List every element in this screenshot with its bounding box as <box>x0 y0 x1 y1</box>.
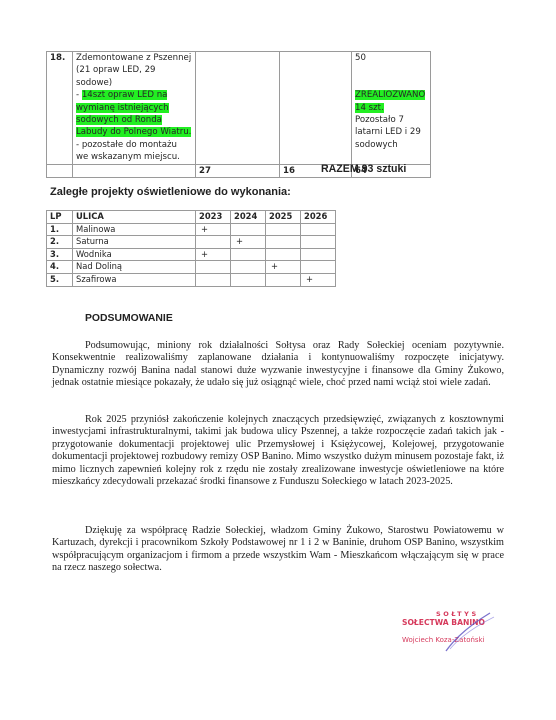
description-highlight: 14szt opraw LED na wymianę istniejących … <box>76 90 191 137</box>
row-col4 <box>280 52 352 165</box>
signature-stamp: SOŁTYS SOŁECTWA BANINO Wojciech Koza-Zat… <box>398 607 508 657</box>
row-2024 <box>231 261 266 274</box>
row-street: Wodnika <box>73 248 196 261</box>
row-2023 <box>196 236 231 249</box>
pending-table: LP ULICA 2023 2024 2025 2026 1. Malinowa… <box>46 210 336 287</box>
row-street: Szafirowa <box>73 273 196 286</box>
row-2025 <box>266 223 301 236</box>
table-row: 1. Malinowa + <box>47 223 336 236</box>
status-rest: Pozostało 7 latarni LED i 29 sodowych <box>355 115 421 150</box>
row-lp: 1. <box>47 223 73 236</box>
status-highlight: ZREALIOZWANO 14 szt. <box>355 90 425 112</box>
row-2024 <box>231 248 266 261</box>
header-2025: 2025 <box>266 211 301 224</box>
row-2023: + <box>196 223 231 236</box>
row-street: Nad Doliną <box>73 261 196 274</box>
row-2025 <box>266 273 301 286</box>
row-description: Zdemontowane z Pszennej (21 opraw LED, 2… <box>73 52 196 165</box>
table-row: 3. Wodnika + <box>47 248 336 261</box>
header-2023: 2023 <box>196 211 231 224</box>
summary-heading: PODSUMOWANIE <box>85 313 173 324</box>
row-2026: + <box>301 273 336 286</box>
header-street: ULICA <box>73 211 196 224</box>
totals-desc <box>73 164 196 177</box>
row-col3 <box>196 52 280 165</box>
row-lp: 5. <box>47 273 73 286</box>
description-intro: Zdemontowane z Pszennej (21 opraw LED, 2… <box>76 53 191 88</box>
row-2025 <box>266 236 301 249</box>
header-2024: 2024 <box>231 211 266 224</box>
row-2023: + <box>196 248 231 261</box>
row-2026 <box>301 261 336 274</box>
row-2026 <box>301 248 336 261</box>
row-street: Malinowa <box>73 223 196 236</box>
row-2025 <box>266 248 301 261</box>
row-2026 <box>301 236 336 249</box>
table-row: 18. Zdemontowane z Pszennej (21 opraw LE… <box>47 52 431 165</box>
header-lp: LP <box>47 211 73 224</box>
description-rest: - pozostałe do montażu we wskazanym miej… <box>76 140 180 162</box>
pending-heading: Zaległe projekty oświetleniowe do wykona… <box>50 186 291 198</box>
table-row: 4. Nad Doliną + <box>47 261 336 274</box>
totals-lp <box>47 164 73 177</box>
row-2024: + <box>231 236 266 249</box>
total-summary: RAZEM 93 sztuki <box>321 163 406 175</box>
status-value: 50 <box>355 53 366 63</box>
description-dash: - <box>76 90 82 100</box>
header-2026: 2026 <box>301 211 336 224</box>
table-header: LP ULICA 2023 2024 2025 2026 <box>47 211 336 224</box>
table-row: 5. Szafirowa + <box>47 273 336 286</box>
lighting-table: 18. Zdemontowane z Pszennej (21 opraw LE… <box>46 51 431 178</box>
row-lp: 18. <box>47 52 73 165</box>
signature-pen-stroke-icon <box>398 607 508 657</box>
row-2026 <box>301 223 336 236</box>
row-lp: 4. <box>47 261 73 274</box>
row-2024 <box>231 223 266 236</box>
table-row: 2. Saturna + <box>47 236 336 249</box>
row-lp: 2. <box>47 236 73 249</box>
summary-paragraph: Dziękuję za współpracę Radzie Sołeckiej,… <box>52 525 504 575</box>
row-2025: + <box>266 261 301 274</box>
row-2024 <box>231 273 266 286</box>
totals-col3: 27 <box>196 164 280 177</box>
summary-paragraph: Rok 2025 przyniósł zakończenie kolejnych… <box>52 414 504 488</box>
row-status: 50 ZREALIOZWANO 14 szt. Pozostało 7 lata… <box>352 52 431 165</box>
row-street: Saturna <box>73 236 196 249</box>
row-2023 <box>196 273 231 286</box>
row-2023 <box>196 261 231 274</box>
summary-paragraph: Podsumowując, miniony rok działalności S… <box>52 340 504 390</box>
row-lp: 3. <box>47 248 73 261</box>
